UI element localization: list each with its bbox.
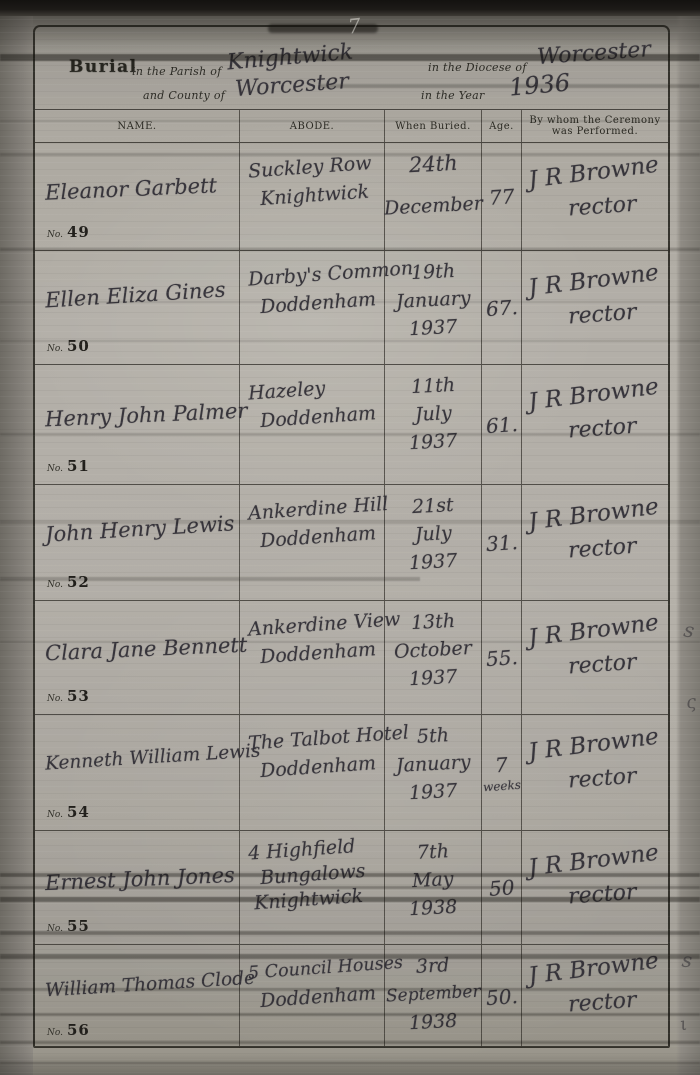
ceremony-cell: J R Browne rector bbox=[522, 715, 668, 830]
table-row: John Henry Lewis No.52 Ankerdine Hill Do… bbox=[35, 485, 668, 601]
scan-shadow-bottom bbox=[0, 1053, 700, 1075]
officiant-signature: J R Browne bbox=[527, 151, 669, 194]
ceremony-cell: J R Browne rector bbox=[522, 945, 668, 1048]
register-form-frame: Burial in the Parish of Knightwick in th… bbox=[33, 25, 670, 1048]
no-label: No. bbox=[47, 924, 63, 934]
when-buried-line: 1937 bbox=[408, 318, 457, 340]
age-unit: weeks bbox=[482, 777, 521, 794]
column-header-age-label: Age. bbox=[489, 121, 514, 132]
when-buried-line: 1937 bbox=[408, 668, 457, 690]
table-row: Clara Jane Bennett No.53 Ankerdine View … bbox=[35, 601, 668, 715]
abode-line: Doddenham bbox=[259, 983, 380, 1011]
name-cell: Ellen Eliza Gines No.50 bbox=[35, 251, 240, 364]
year-label: in the Year bbox=[421, 89, 485, 102]
age-cell: 50 bbox=[482, 831, 522, 944]
abode-cell: Hazeley Doddenham bbox=[240, 365, 385, 484]
when-buried-line: January bbox=[395, 753, 470, 776]
age-cell: 31. bbox=[482, 485, 522, 600]
no-value: 56 bbox=[67, 1021, 90, 1039]
column-header-abode-label: ABODE. bbox=[290, 121, 334, 132]
entry-number: No.52 bbox=[47, 572, 90, 591]
officiant-signature: J R Browne bbox=[527, 839, 669, 882]
column-header-name-label: NAME. bbox=[117, 121, 156, 132]
age-value: 77 bbox=[488, 184, 515, 210]
when-buried-cell: 13th October 1937 bbox=[385, 601, 482, 714]
burial-name: John Henry Lewis bbox=[44, 511, 235, 547]
no-value: 53 bbox=[67, 687, 90, 705]
entry-number: No.54 bbox=[47, 802, 90, 821]
no-value: 51 bbox=[67, 457, 90, 475]
no-label: No. bbox=[47, 580, 63, 590]
burial-name: Henry John Palmer bbox=[45, 399, 248, 432]
when-buried-cell: 5th January 1937 bbox=[385, 715, 482, 830]
when-buried-line: 24th bbox=[408, 154, 458, 176]
column-header-ceremony-line2: was Performed. bbox=[552, 126, 638, 137]
burial-name: Ellen Eliza Gines bbox=[44, 277, 226, 312]
when-buried-line: 1938 bbox=[408, 898, 457, 920]
abode-line: Knightwick bbox=[253, 885, 380, 914]
entry-number: No.56 bbox=[47, 1020, 90, 1039]
no-label: No. bbox=[47, 1028, 63, 1038]
when-buried-line: 7th bbox=[417, 842, 450, 863]
burial-name: Eleanor Garbett bbox=[45, 173, 218, 204]
table-row: William Thomas Clode No.56 5 Council Hou… bbox=[35, 945, 668, 1048]
no-value: 49 bbox=[67, 223, 90, 241]
when-buried-cell: 11th July 1937 bbox=[385, 365, 482, 484]
abode-line: Doddenham bbox=[259, 639, 380, 667]
name-cell: Henry John Palmer No.51 bbox=[35, 365, 240, 484]
no-label: No. bbox=[47, 810, 63, 820]
county-value: Worcester bbox=[234, 69, 349, 102]
officiant-signature: J R Browne bbox=[527, 259, 669, 302]
abode-line: Hazeley bbox=[247, 374, 380, 403]
no-label: No. bbox=[47, 694, 63, 704]
no-value: 54 bbox=[67, 803, 90, 821]
officiant-signature: J R Browne bbox=[527, 373, 669, 416]
burial-name: Ernest John Jones bbox=[45, 863, 236, 895]
when-buried-line: July bbox=[414, 404, 452, 425]
when-buried-cell: 24th December bbox=[385, 143, 482, 250]
abode-line: Doddenham bbox=[259, 753, 380, 781]
column-header-name: NAME. bbox=[35, 110, 240, 142]
name-cell: John Henry Lewis No.52 bbox=[35, 485, 240, 600]
when-buried-line: 1938 bbox=[408, 1012, 457, 1034]
when-buried-line: 21st bbox=[412, 496, 454, 517]
abode-cell: Darby's Common Doddenham bbox=[240, 251, 385, 364]
age-cell: 55. bbox=[482, 601, 522, 714]
age-value: 61. bbox=[485, 411, 518, 437]
when-buried-line: 3rd bbox=[416, 956, 450, 977]
column-header-age: Age. bbox=[482, 110, 522, 142]
when-buried-line: 11th bbox=[411, 376, 456, 397]
table-row: Henry John Palmer No.51 Hazeley Doddenha… bbox=[35, 365, 668, 485]
age-value: 7 bbox=[494, 752, 508, 777]
table-header-row: NAME. ABODE. When Buried. Age. By whom t… bbox=[35, 109, 668, 143]
abode-cell: 5 Council Houses Doddenham bbox=[240, 945, 385, 1048]
officiant-title: rector bbox=[567, 190, 669, 222]
when-buried-line: July bbox=[414, 524, 452, 545]
age-value: 50 bbox=[488, 875, 515, 901]
when-buried-line: September bbox=[385, 983, 481, 1007]
when-buried-line: 19th bbox=[411, 262, 456, 283]
when-buried-line: October bbox=[394, 639, 473, 662]
officiant-title: rector bbox=[567, 878, 669, 910]
name-cell: Clara Jane Bennett No.53 bbox=[35, 601, 240, 714]
burial-name: William Thomas Clode bbox=[45, 967, 256, 1001]
column-header-when-buried: When Buried. bbox=[385, 110, 482, 142]
when-buried-line: 1937 bbox=[408, 552, 457, 574]
abode-cell: Suckley Row Knightwick bbox=[240, 143, 385, 250]
abode-line: Bungalows bbox=[259, 860, 380, 888]
abode-line: Suckley Row bbox=[247, 152, 380, 181]
abode-cell: The Talbot Hotel Doddenham bbox=[240, 715, 385, 830]
age-cell: 50. bbox=[482, 945, 522, 1048]
officiant-title: rector bbox=[567, 986, 669, 1018]
county-label: and County of bbox=[143, 89, 225, 102]
abode-cell: 4 Highfield Bungalows Knightwick bbox=[240, 831, 385, 944]
name-cell: William Thomas Clode No.56 bbox=[35, 945, 240, 1048]
no-label: No. bbox=[47, 344, 63, 354]
abode-line: Doddenham bbox=[259, 523, 380, 551]
burial-name: Kenneth William Lewis bbox=[45, 741, 261, 775]
page-number-mark: 7 bbox=[347, 13, 362, 38]
officiant-signature: J R Browne bbox=[527, 609, 669, 652]
entry-number: No.55 bbox=[47, 916, 90, 935]
ceremony-cell: J R Browne rector bbox=[522, 251, 668, 364]
officiant-title: rector bbox=[567, 412, 669, 444]
age-value: 67. bbox=[485, 294, 518, 320]
when-buried-line: May bbox=[412, 870, 454, 891]
age-cell: 7 weeks bbox=[482, 715, 522, 830]
abode-line: Ankerdine Hill bbox=[247, 494, 380, 523]
abode-line: 5 Council Houses bbox=[247, 954, 380, 983]
when-buried-line: January bbox=[395, 289, 470, 312]
age-value: 55. bbox=[485, 644, 518, 670]
year-value: 1936 bbox=[508, 68, 571, 101]
scanned-burial-register-page: Burial in the Parish of Knightwick in th… bbox=[0, 0, 700, 1075]
when-buried-line: 13th bbox=[411, 612, 456, 633]
officiant-title: rector bbox=[567, 648, 669, 680]
entry-number: No.51 bbox=[47, 456, 90, 475]
table-row: Ernest John Jones No.55 4 Highfield Bung… bbox=[35, 831, 668, 945]
diocese-label: in the Diocese of bbox=[428, 61, 527, 74]
abode-line: The Talbot Hotel bbox=[247, 724, 380, 753]
when-buried-line: December bbox=[383, 194, 483, 218]
abode-cell: Ankerdine Hill Doddenham bbox=[240, 485, 385, 600]
parish-label: in the Parish of bbox=[132, 65, 222, 78]
name-cell: Kenneth William Lewis No.54 bbox=[35, 715, 240, 830]
column-header-ceremony-line1: By whom the Ceremony bbox=[529, 115, 660, 126]
officiant-title: rector bbox=[567, 532, 669, 564]
when-buried-cell: 7th May 1938 bbox=[385, 831, 482, 944]
age-value: 50. bbox=[485, 983, 518, 1009]
officiant-signature: J R Browne bbox=[527, 947, 669, 990]
table-row: Ellen Eliza Gines No.50 Darby's Common D… bbox=[35, 251, 668, 365]
officiant-title: rector bbox=[567, 762, 669, 794]
ceremony-cell: J R Browne rector bbox=[522, 831, 668, 944]
abode-line: Doddenham bbox=[259, 289, 380, 317]
abode-line: Doddenham bbox=[259, 403, 380, 431]
no-value: 52 bbox=[67, 573, 90, 591]
table-row: Kenneth William Lewis No.54 The Talbot H… bbox=[35, 715, 668, 831]
ceremony-cell: J R Browne rector bbox=[522, 601, 668, 714]
entry-number: No.50 bbox=[47, 336, 90, 355]
age-value: 31. bbox=[485, 529, 518, 555]
when-buried-line: 1937 bbox=[408, 782, 457, 804]
when-buried-line: 5th bbox=[417, 726, 450, 747]
abode-cell: Ankerdine View Doddenham bbox=[240, 601, 385, 714]
no-label: No. bbox=[47, 464, 63, 474]
when-buried-cell: 21st July 1937 bbox=[385, 485, 482, 600]
abode-line: Darby's Common bbox=[247, 260, 380, 289]
name-cell: Ernest John Jones No.55 bbox=[35, 831, 240, 944]
name-cell: Eleanor Garbett No.49 bbox=[35, 143, 240, 250]
page-left-margin bbox=[0, 0, 33, 1075]
officiant-signature: J R Browne bbox=[527, 493, 669, 536]
no-label: No. bbox=[47, 230, 63, 240]
ceremony-cell: J R Browne rector bbox=[522, 485, 668, 600]
register-entries: Eleanor Garbett No.49 Suckley Row Knight… bbox=[35, 143, 668, 1048]
when-buried-line: 1937 bbox=[408, 432, 457, 454]
column-header-ceremony: By whom the Ceremony was Performed. bbox=[522, 110, 668, 142]
burial-name: Clara Jane Bennett bbox=[45, 633, 248, 666]
no-value: 50 bbox=[67, 337, 90, 355]
burial-heading: Burial bbox=[69, 57, 138, 77]
entry-number: No.53 bbox=[47, 686, 90, 705]
ceremony-cell: J R Browne rector bbox=[522, 143, 668, 250]
age-cell: 61. bbox=[482, 365, 522, 484]
entry-number: No.49 bbox=[47, 222, 90, 241]
ceremony-cell: J R Browne rector bbox=[522, 365, 668, 484]
column-header-when-buried-label: When Buried. bbox=[395, 121, 471, 132]
abode-line: Ankerdine View bbox=[247, 610, 380, 639]
when-buried-cell: 3rd September 1938 bbox=[385, 945, 482, 1048]
no-value: 55 bbox=[67, 917, 90, 935]
age-cell: 67. bbox=[482, 251, 522, 364]
page-right-margin bbox=[676, 0, 700, 1075]
officiant-title: rector bbox=[567, 298, 669, 330]
age-cell: 77 bbox=[482, 143, 522, 250]
abode-line: Knightwick bbox=[259, 181, 380, 209]
when-buried-cell: 19th January 1937 bbox=[385, 251, 482, 364]
officiant-signature: J R Browne bbox=[527, 723, 669, 766]
table-row: Eleanor Garbett No.49 Suckley Row Knight… bbox=[35, 143, 668, 251]
column-header-abode: ABODE. bbox=[240, 110, 385, 142]
